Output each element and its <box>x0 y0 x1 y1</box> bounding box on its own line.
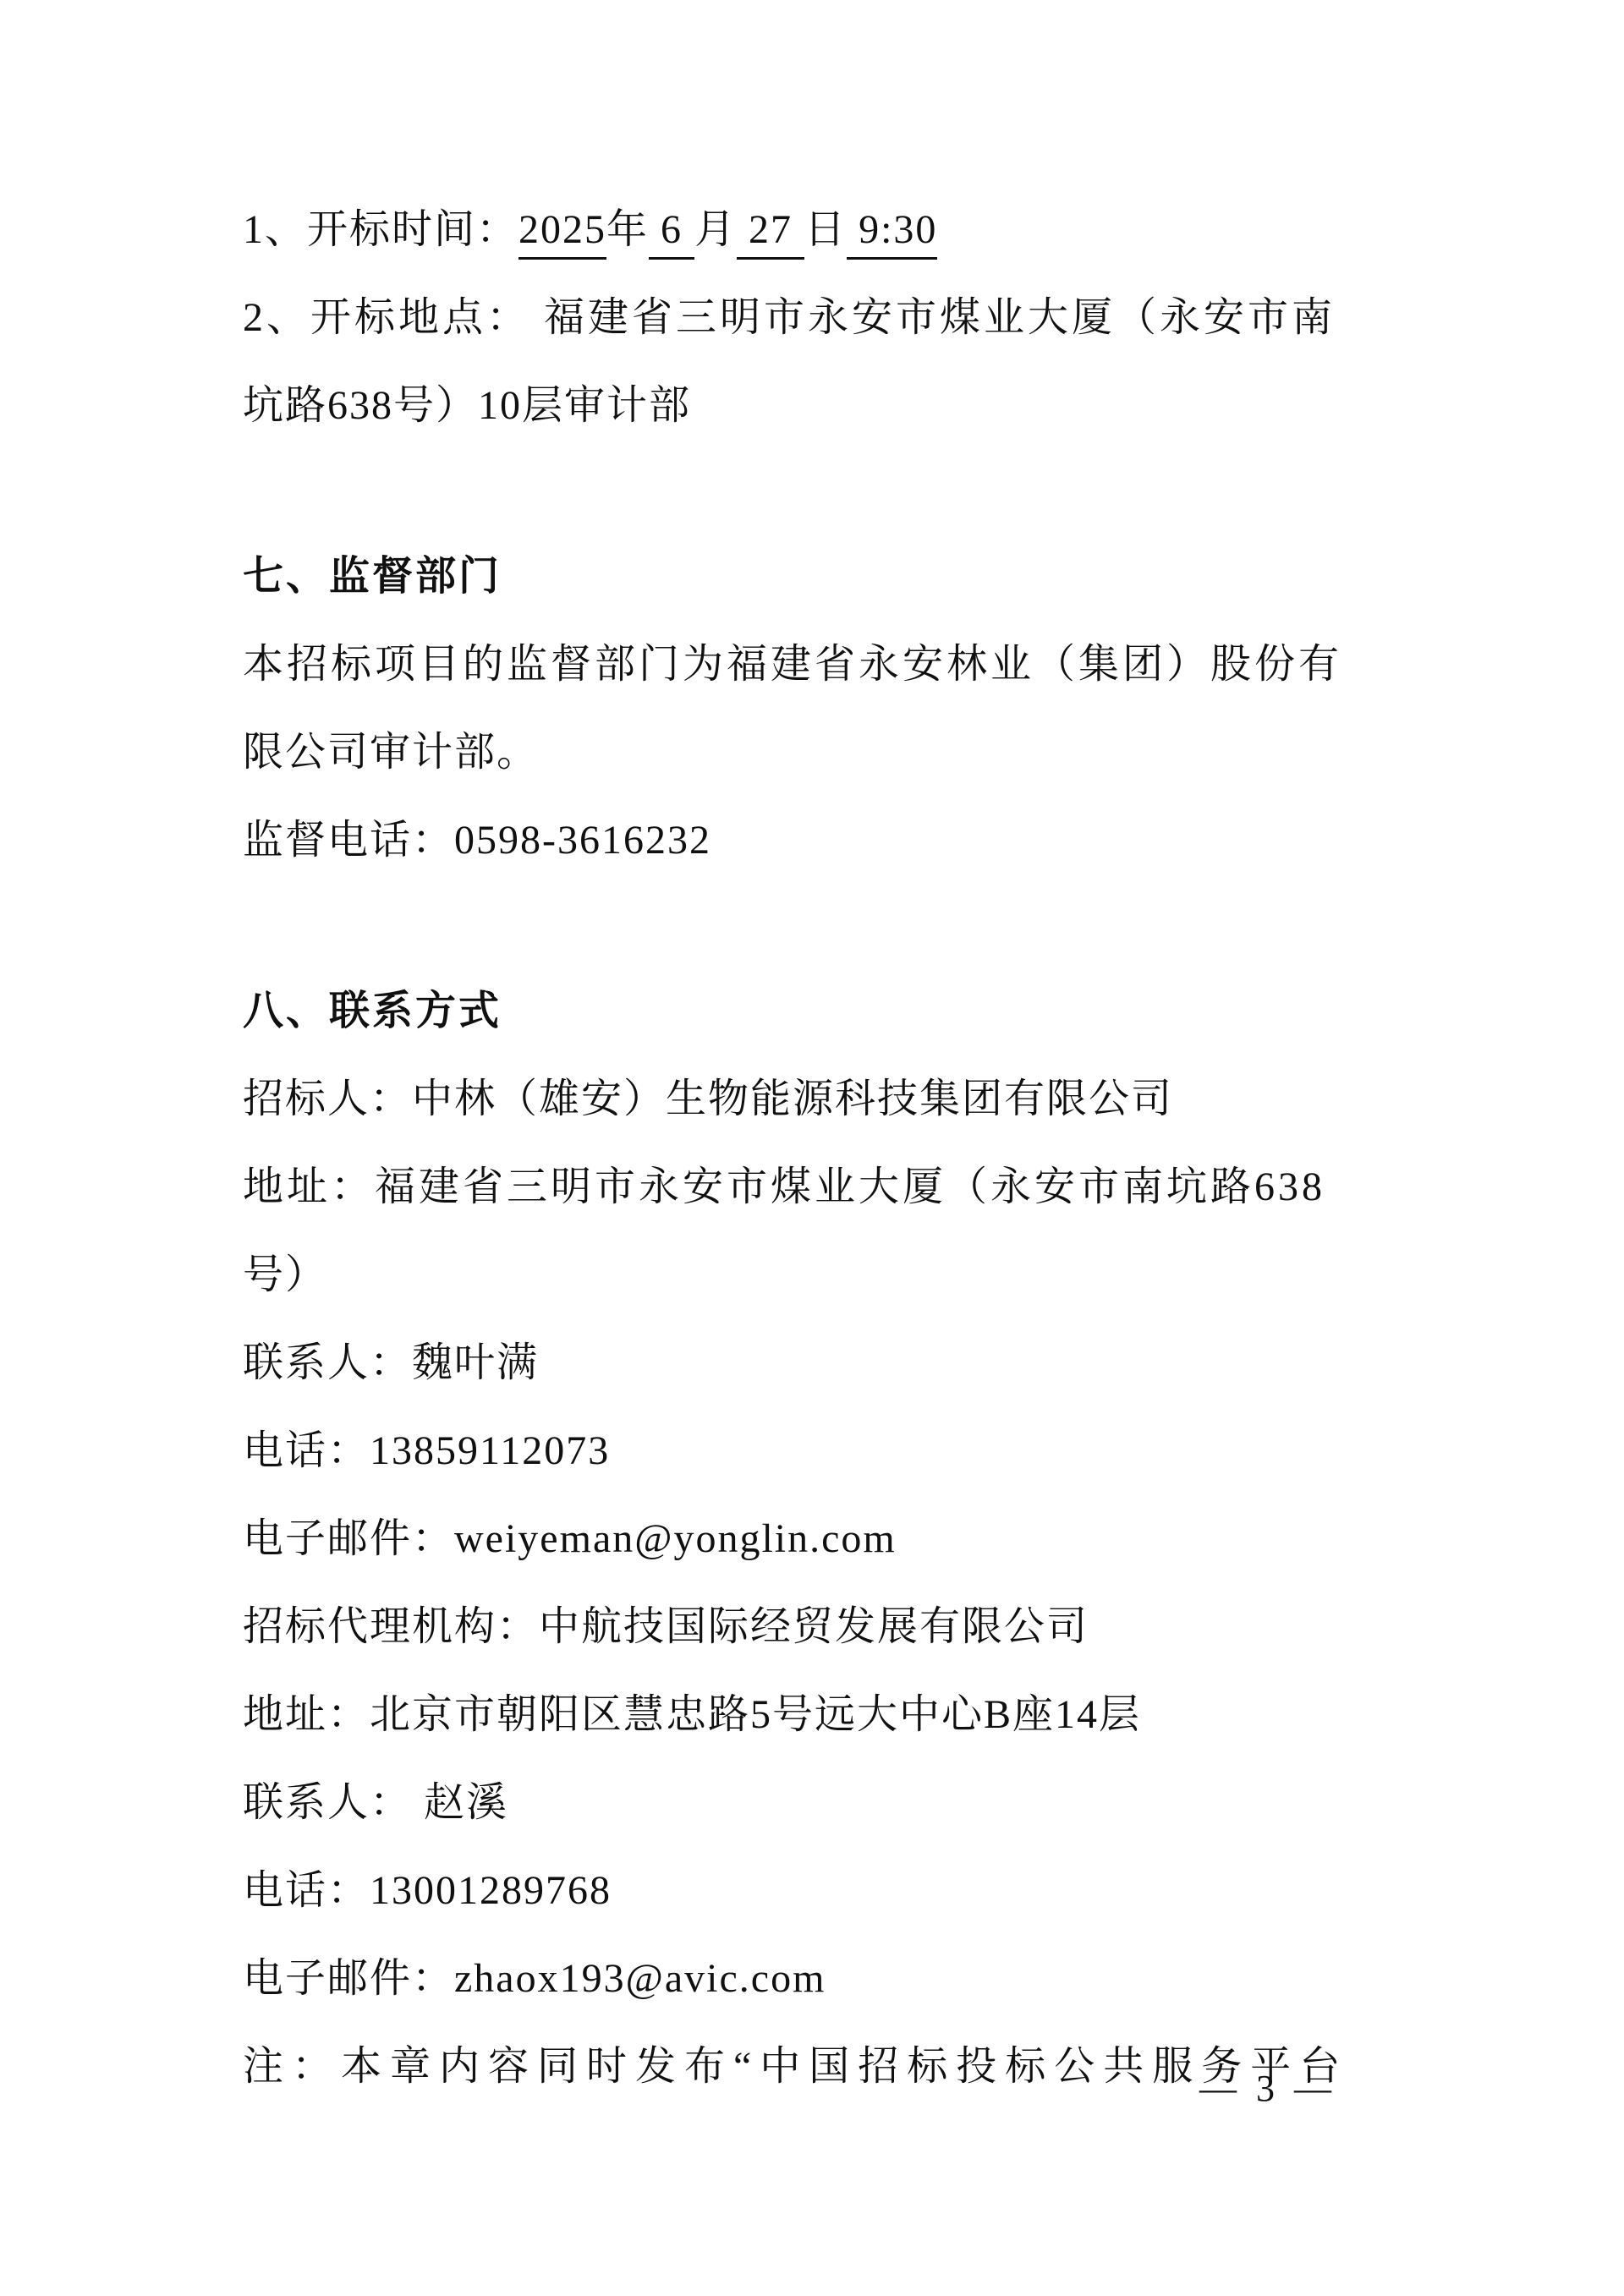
opening-time-day-value: 27 <box>737 206 804 260</box>
opening-location-line-1: 2、开标地点： 福建省三明市永安市煤业大厦（永安市南 <box>243 274 1342 362</box>
tenderer-email-line: 电子邮件：weiyeman@yonglin.com <box>243 1495 1342 1583</box>
opening-time-month-value: 6 <box>649 206 694 260</box>
opening-time-month-unit: 月 <box>694 207 737 252</box>
agency-email-line: 电子邮件：zhaox193@avic.com <box>243 1935 1342 2023</box>
opening-time-label: 1、开标时间： <box>243 207 518 252</box>
opening-time-line: 1、开标时间：2025年 6 月 27 日 9:30 <box>243 186 1342 274</box>
tenderer-address-line-1: 地址：福建省三明市永安市煤业大厦（永安市南坑路638 <box>243 1143 1342 1231</box>
opening-time-day-unit: 日 <box>804 207 847 252</box>
tenderer-contact-line: 联系人：魏叶满 <box>243 1319 1342 1407</box>
opening-location-line-2: 坑路638号）10层审计部 <box>243 362 1342 450</box>
supervision-para-line-2: 限公司审计部。 <box>243 709 1342 797</box>
agency-phone-line: 电话：13001289768 <box>243 1847 1342 1935</box>
tenderer-line: 招标人：中林（雄安）生物能源科技集团有限公司 <box>243 1055 1342 1143</box>
opening-time-clock-value: 9:30 <box>847 206 937 260</box>
section-7-heading: 七、监督部门 <box>243 533 1342 621</box>
section-gap <box>243 885 1342 967</box>
supervision-para-line-1: 本招标项目的监督部门为福建省永安林业（集团）股份有 <box>243 621 1342 709</box>
tenderer-phone-line: 电话：13859112073 <box>243 1407 1342 1495</box>
agency-address-line: 地址：北京市朝阳区慧忠路5号远大中心B座14层 <box>243 1671 1342 1759</box>
document-body: 1、开标时间：2025年 6 月 27 日 9:30 2、开标地点： 福建省三明… <box>243 186 1342 2111</box>
agency-line: 招标代理机构：中航技国际经贸发展有限公司 <box>243 1583 1342 1671</box>
section-gap <box>243 450 1342 533</box>
document-page: 1、开标时间：2025年 6 月 27 日 9:30 2、开标地点： 福建省三明… <box>0 0 1624 2296</box>
section-8-heading: 八、联系方式 <box>243 967 1342 1055</box>
opening-time-year-value: 2025 <box>518 206 606 260</box>
opening-time-year-unit: 年 <box>606 207 649 252</box>
tenderer-address-line-2: 号） <box>243 1231 1342 1319</box>
agency-contact-line: 联系人： 赵溪 <box>243 1759 1342 1847</box>
page-number: — 3 — <box>1199 2063 1336 2114</box>
supervision-phone-line: 监督电话：0598-3616232 <box>243 797 1342 885</box>
note-line: 注：本章内容同时发布“中国招标投标公共服务平台 <box>243 2023 1342 2111</box>
